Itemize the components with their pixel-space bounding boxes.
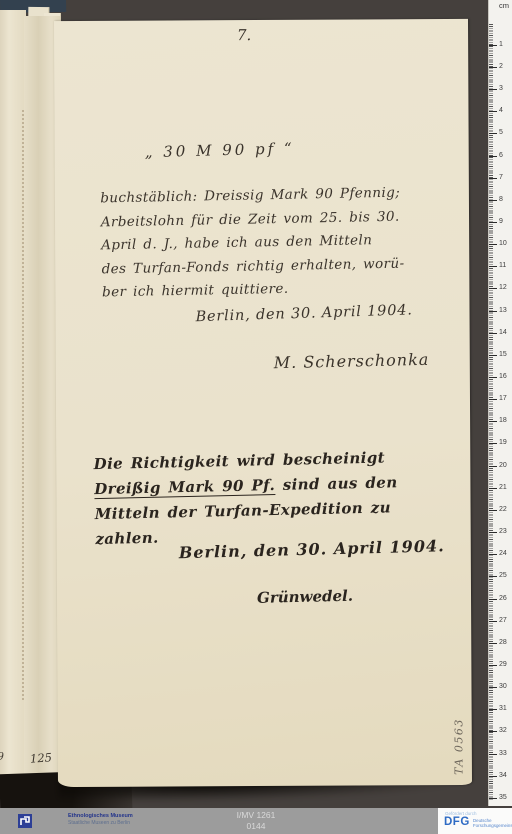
ruler-cm-tick: 27 [489,621,497,622]
ruler-cm-number: 31 [499,705,507,712]
ruler-cm-tick: 3 [489,89,497,90]
ruler-cm-tick: 4 [489,111,497,112]
ruler-cm-number: 20 [499,462,507,469]
ruler-cm-tick: 19 [489,443,497,444]
ruler-cm-tick: 6 [489,156,497,157]
ruler-cm-number: 17 [499,395,507,402]
ruler-cm-number: 6 [499,152,503,159]
dfg-logo-block: Gefördert durch DFG Deutsche Forschungsg… [438,808,512,834]
ruler-cm-tick: 31 [489,709,497,710]
amount-heading: „ 30 M 90 pf “ [144,139,294,161]
ruler-cm-number: 24 [499,550,507,557]
ruler-cm-number: 26 [499,595,507,602]
pencil-folio-number: 125 [30,750,53,765]
ruler-cm-tick: 12 [489,288,497,289]
ruler-cm-number: 2 [499,63,503,70]
footer-bar: Ethnologisches Museum Staatliche Museen … [0,808,512,834]
dateline-receipt: Berlin, den 30. April 1904. [195,302,413,325]
ruler-cm-tick: 17 [489,399,497,400]
ruler-unit-label: cm [499,1,509,10]
ruler-cm-tick: 11 [489,266,497,267]
ruler-cm-tick: 21 [489,488,497,489]
ruler-cm-tick: 29 [489,665,497,666]
dfg-logo: DFG [444,816,470,828]
ruler-cm-tick: 22 [489,510,497,511]
ruler-cm-tick: 20 [489,466,497,467]
ruler-cm-tick: 5 [489,133,497,134]
ruler-cm-number: 14 [499,329,507,336]
certification-text: Die Richtigkeit wird bescheinigt Dreißig… [93,444,465,552]
ruler-cm-tick: 24 [489,554,497,555]
ruler-cm-tick: 23 [489,532,497,533]
ruler-cm-tick: 1 [489,45,497,46]
ruler-cm-tick: 32 [489,731,497,732]
ruler-cm-number: 30 [499,683,507,690]
ruler-cm-tick: 25 [489,576,497,577]
ruler-cm-number: 25 [499,572,507,579]
ruler-cm-number: 22 [499,506,507,513]
shelfmark: I/MV 1261 [0,810,512,821]
ruler-cm-tick: 16 [489,377,497,378]
ruler-cm-tick: 10 [489,244,497,245]
ruler-cm-number: 10 [499,240,507,247]
ruler-cm-tick: 30 [489,687,497,688]
ruler-cm-tick: 7 [489,178,497,179]
dfg-name-line: Forschungsgemeinschaft [473,823,512,828]
document-page: 7. „ 30 M 90 pf “ buchstäblich: Dreissig… [54,19,472,787]
scan-viewer: 7. „ 30 M 90 pf “ buchstäblich: Dreissig… [0,0,512,834]
ruler-cm-tick: 33 [489,754,497,755]
page-number: 7. [204,26,284,44]
shelfmark-block: I/MV 1261 0144 [0,810,512,831]
ruler-cm-tick: 2 [489,67,497,68]
ruler-cm-number: 15 [499,351,507,358]
ruler-cm-tick: 15 [489,355,497,356]
ruler-cm-number: 7 [499,174,503,181]
image-number: 0144 [0,821,512,832]
ruler-cm-number: 11 [499,262,506,269]
edge-pencil-mark: 9 [0,750,4,763]
ruler-cm-number: 23 [499,528,507,535]
ruler-cm-tick: 28 [489,643,497,644]
ruler-cm-number: 28 [499,639,507,646]
signature-gruenwedel: Grünwedel. [257,587,353,607]
ruler-cm-number: 35 [499,794,507,801]
ruler-cm-number: 29 [499,661,507,668]
ruler-cm-number: 16 [499,373,507,380]
ruler-cm-number: 5 [499,129,503,136]
ruler-cm-tick: 14 [489,333,497,334]
ruler-cm-number: 1 [499,41,503,48]
ruler-cm-number: 4 [499,107,503,114]
ruler-cm-tick: 26 [489,599,497,600]
ruler-scale: cm 1234567891011121314151617181920212223… [488,0,512,806]
ruler-cm-tick: 13 [489,311,497,312]
ruler-cm-number: 27 [499,617,507,624]
ruler-cm-number: 18 [499,417,507,424]
ruler-cm-number: 21 [499,484,507,491]
ruler-cm-number: 34 [499,772,507,779]
receipt-text: buchstäblich: Dreissig Mark 90 Pfennig; … [100,180,468,305]
ruler-cm-tick: 18 [489,421,497,422]
ruler-cm-tick: 35 [489,798,497,799]
rotated-archive-number: TA 0563 [453,709,466,785]
certification-line-rest: sind aus den [275,473,398,494]
ruler-cm-tick: 9 [489,222,497,223]
dfg-full-name: Deutsche Forschungsgemeinschaft [473,818,512,828]
ruler-cm-number: 13 [499,307,507,314]
underlined-amount: Dreißig Mark 90 Pf. [94,476,275,499]
ruler-mm-ticks [489,24,493,800]
ruler-cm-number: 32 [499,727,507,734]
ruler-cm-number: 12 [499,284,507,291]
signature-scherschonka: M. Scherschonka [274,350,430,373]
ruler-cm-number: 33 [499,750,507,757]
ruler-cm-number: 19 [499,439,507,446]
ruler-cm-tick: 34 [489,776,497,777]
ruler-cm-number: 8 [499,196,503,203]
binding-stitch [22,110,24,700]
ruler-cm-number: 3 [499,85,503,92]
ruler-cm-number: 9 [499,218,503,225]
ruler-cm-tick: 8 [489,200,497,201]
